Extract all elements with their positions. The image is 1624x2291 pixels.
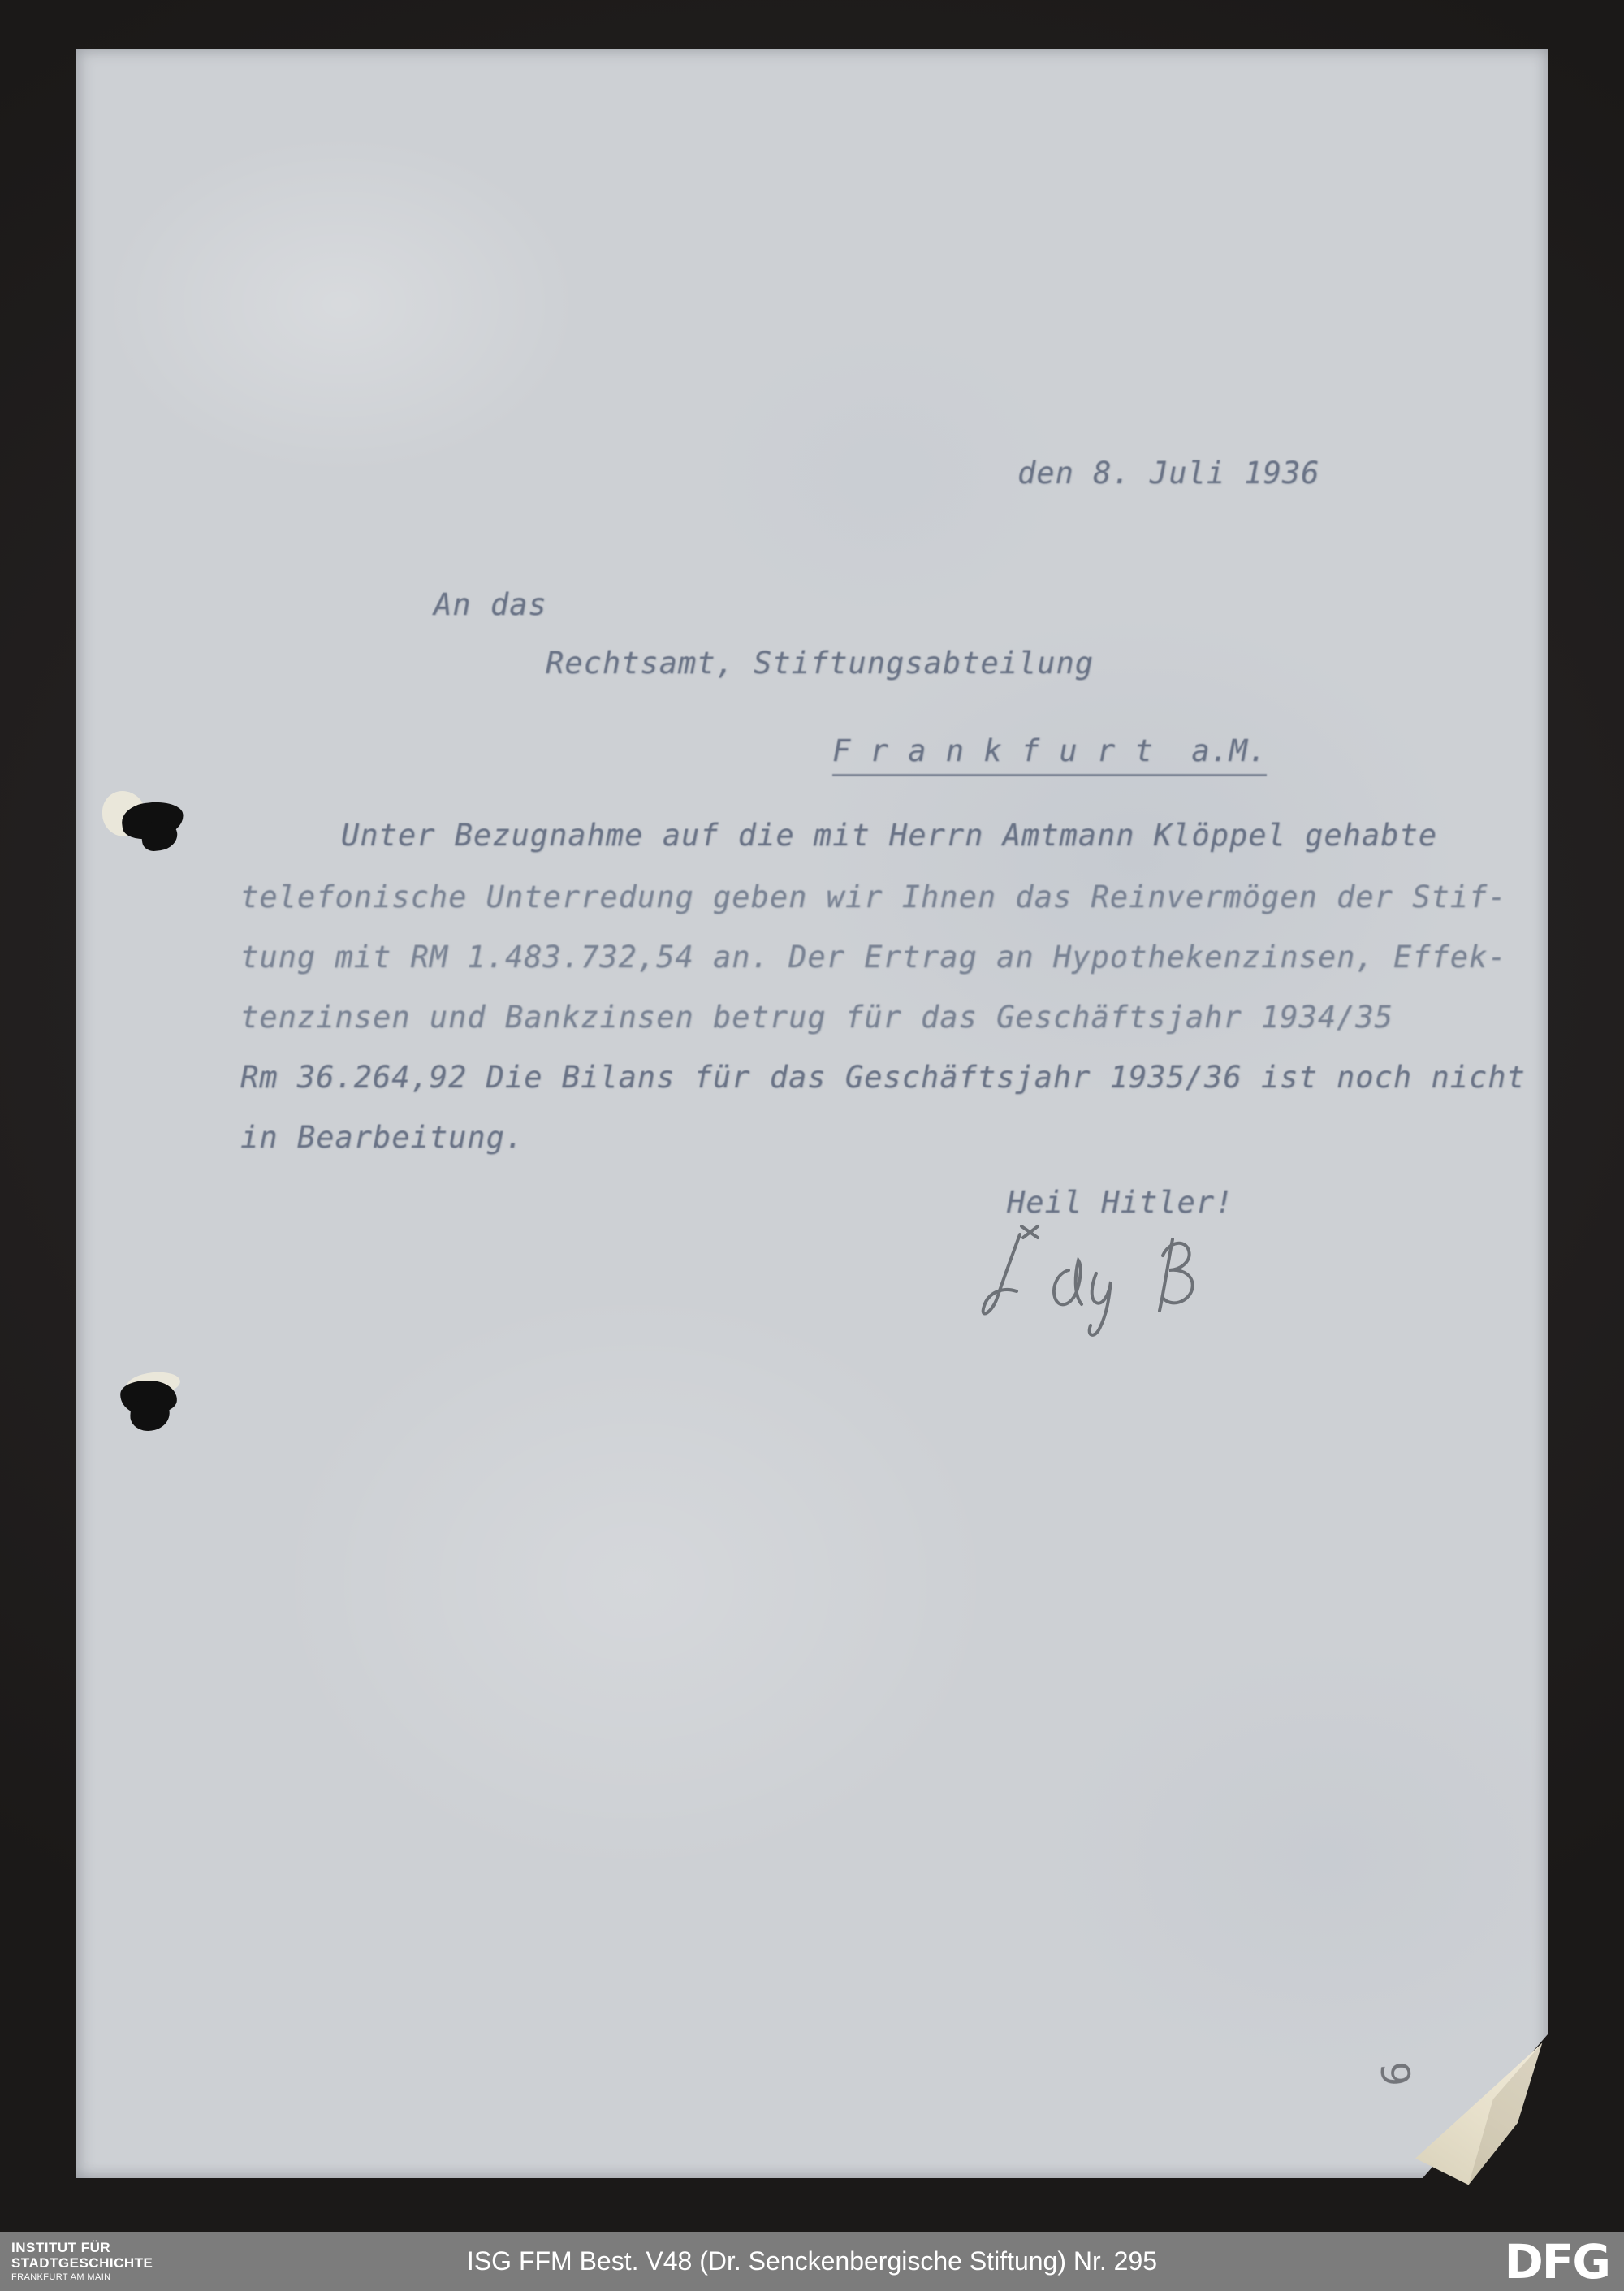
isg-logo-line-3: FRANKFURT AM MAIN: [11, 2272, 153, 2283]
body-line-2: telefonische Unterredung geben wir Ihnen…: [240, 880, 1506, 915]
body-line-4: tenzinsen und Bankzinsen betrug für das …: [240, 1001, 1393, 1035]
dfg-logo: DFG: [1505, 2234, 1609, 2289]
paper-sheet: [76, 49, 1548, 2178]
isg-logo-line-2: STADTGESCHICHTE: [11, 2255, 153, 2271]
recipient-line-2: Rechtsamt, Stiftungsabteilung: [546, 646, 1094, 681]
body-line-6: in Bearbeitung.: [240, 1121, 524, 1156]
closing-line: Heil Hitler!: [1007, 1186, 1233, 1221]
document-scan: den 8. Juli 1936 An das Rechtsamt, Stift…: [0, 0, 1624, 2291]
footer-bar: INSTITUT FÜR STADTGESCHICHTE FRANKFURT A…: [0, 2232, 1624, 2291]
date-line: den 8. Juli 1936: [1017, 456, 1319, 491]
body-line-1: Unter Bezugnahme auf die mit Herrn Amtma…: [341, 819, 1437, 854]
recipient-line-1: An das: [434, 588, 547, 623]
isg-logo-line-1: INSTITUT FÜR: [11, 2240, 153, 2255]
city-line: F r a n k f u r t a.M.: [832, 734, 1267, 776]
body-line-5: Rm 36.264,92 Die Bilans für das Geschäft…: [240, 1061, 1526, 1096]
page-number-annotation: 9: [1374, 2060, 1415, 2089]
signature-handwriting: [973, 1218, 1233, 1348]
body-line-3: tung mit RM 1.483.732,54 an. Der Ertrag …: [240, 940, 1506, 975]
archive-reference: ISG FFM Best. V48 (Dr. Senckenbergische …: [467, 2246, 1157, 2276]
isg-logo: INSTITUT FÜR STADTGESCHICHTE FRANKFURT A…: [11, 2240, 153, 2283]
